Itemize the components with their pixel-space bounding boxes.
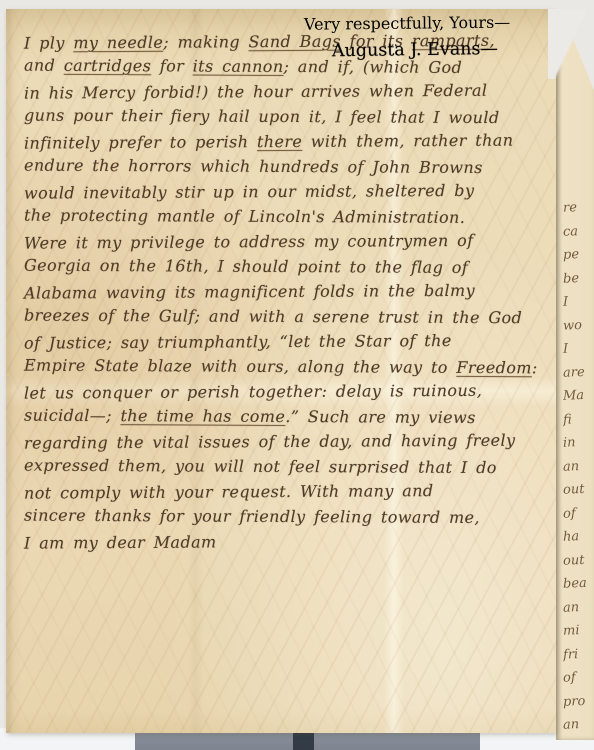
letter-line: guns pour their fiery hail upon it, I fe… bbox=[24, 103, 550, 131]
letter-line: the protecting mantle of Lincoln's Admin… bbox=[24, 203, 550, 231]
letter-line: of Justice; say triumphantly, “let the S… bbox=[24, 327, 550, 355]
edge-fragment: out bbox=[563, 481, 594, 497]
letter-line: infinitely prefer to perish there with t… bbox=[24, 127, 550, 155]
letter-body-text: I ply my needle; making Sand Bags for it… bbox=[24, 29, 550, 554]
letter-line: Georgia on the 16th, I should point to t… bbox=[24, 253, 550, 281]
edge-fragment: fri bbox=[563, 646, 594, 662]
edge-fragment: in bbox=[563, 434, 594, 450]
edge-fragment: Ma bbox=[563, 387, 594, 403]
letter-page: I ply my needle; making Sand Bags for it… bbox=[6, 9, 556, 733]
letter-line: endure the horrors which hundreds of Joh… bbox=[24, 153, 550, 181]
letter-line: in his Mercy forbid!) the hour arrives w… bbox=[24, 77, 550, 105]
letter-line: Were it my privilege to address my count… bbox=[24, 227, 550, 255]
edge-fragment: bea bbox=[563, 575, 594, 591]
edge-fragment: pe bbox=[563, 246, 594, 262]
edge-fragment: wo bbox=[563, 317, 594, 333]
edge-fragment: I bbox=[563, 293, 594, 309]
edge-fragment: mi bbox=[563, 622, 594, 638]
adjacent-page-edge: recapebeIwoIareMafiinanoutofhaoutbeaanmi… bbox=[556, 18, 594, 740]
edge-fragment: ha bbox=[563, 528, 594, 544]
letter-line: breezes of the Gulf; and with a serene t… bbox=[24, 303, 550, 331]
letter-line: regarding the vital issues of the day, a… bbox=[24, 427, 550, 455]
letter-line: I am my dear Madam bbox=[24, 527, 550, 555]
scanned-letter: recapebeIwoIareMafiinanoutofhaoutbeaanmi… bbox=[0, 0, 594, 750]
edge-fragment: an bbox=[563, 716, 594, 732]
letter-line: sincere thanks for your friendly feeling… bbox=[24, 503, 550, 531]
edge-fragment: are bbox=[563, 364, 594, 380]
edge-fragment: an bbox=[563, 599, 594, 615]
edge-fragment: fi bbox=[563, 411, 594, 427]
letter-line: expressed them, you will not feel surpri… bbox=[24, 453, 550, 481]
edge-fragment: an bbox=[563, 458, 594, 474]
edge-fragment: out bbox=[563, 552, 594, 568]
letter-closing: Very respectfully, Yours— Augusta J. Eva… bbox=[6, 15, 556, 69]
edge-fragment: pro bbox=[563, 693, 594, 709]
edge-fragment: of bbox=[563, 505, 594, 521]
letter-line: Empire State blaze with ours, along the … bbox=[24, 353, 550, 381]
letter-line: Alabama waving its magnificent folds in … bbox=[24, 277, 550, 305]
edge-fragment: ca bbox=[563, 223, 594, 239]
edge-fragment: be bbox=[563, 270, 594, 286]
edge-fragment: of bbox=[563, 669, 594, 685]
edge-fragment: re bbox=[563, 199, 594, 215]
letter-line: suicidal—; the time has come.” Such are … bbox=[24, 403, 550, 431]
letter-line: not comply with your request. With many … bbox=[24, 477, 550, 505]
letter-line: let us conquer or perish together: delay… bbox=[24, 377, 550, 405]
edge-fragment: I bbox=[563, 340, 594, 356]
letter-line: would inevitably stir up in our midst, s… bbox=[24, 177, 550, 205]
